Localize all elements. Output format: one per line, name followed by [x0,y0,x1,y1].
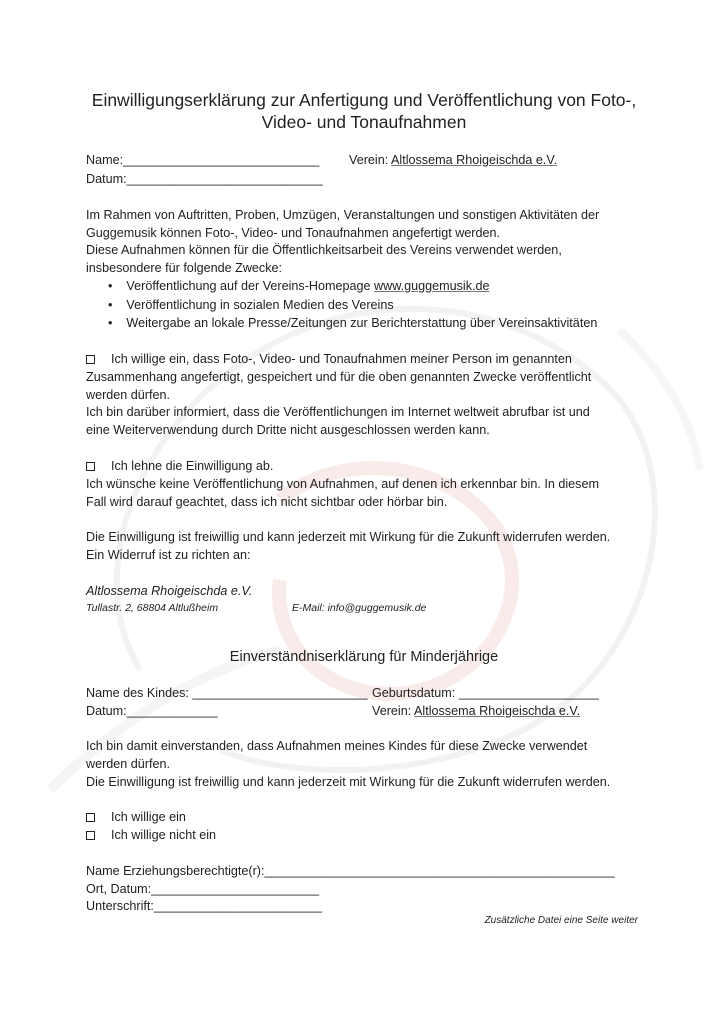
minor-consent-checkbox[interactable] [86,813,95,822]
name-field-row: Name:____________________________ [86,151,319,169]
consent-text: Zusammenhang angefertigt, gespeichert un… [86,368,591,386]
child-name-row: Name des Kindes: _______________________… [86,684,368,702]
intro-line: Diese Aufnahmen können für die Öffentlic… [86,241,562,259]
signature-field[interactable]: ________________________ [154,899,322,913]
ort-datum-label: Ort, Datum: [86,882,151,896]
minor-consent-text: Die Einwilligung ist freiwillig und kann… [86,773,610,791]
purpose-item: •Veröffentlichung auf der Vereins-Homepa… [108,277,490,295]
name-field[interactable]: ____________________________ [123,153,319,167]
decline-text: Ich wünsche keine Veröffentlichung von A… [86,475,599,493]
child-name-label: Name des Kindes: [86,686,192,700]
minor-datum-row: Datum:_____________ [86,702,218,720]
ort-datum-row: Ort, Datum:________________________ [86,880,319,898]
address-street: Tullastr. 2, 68804 Altlußheim [86,599,218,617]
minor-datum-label: Datum: [86,704,127,718]
minor-consent-text: werden dürfen. [86,755,170,773]
verein-value: Altlossema Rhoigeischda e.V. [391,153,557,167]
datum-field[interactable]: ____________________________ [127,172,323,186]
guardian-field[interactable]: ________________________________________… [265,864,615,878]
bullet-icon: • [108,298,112,312]
purpose-item: •Veröffentlichung in sozialen Medien des… [108,296,394,314]
guardian-label: Name Erziehungsberechtigte(r): [86,864,265,878]
consent-text: eine Weiterverwendung durch Dritte nicht… [86,421,490,439]
datum-field-row: Datum:____________________________ [86,170,323,188]
minor-decline-option: Ich willige nicht ein [86,826,216,844]
footer-note: Zusätzliche Datei eine Seite weiter [485,915,638,926]
decline-text: Fall wird darauf geachtet, dass ich nich… [86,493,447,511]
signature-row: Unterschrift:________________________ [86,897,322,915]
minor-consent-text: Ich bin damit einverstanden, dass Aufnah… [86,737,587,755]
minor-verein-value: Altlossema Rhoigeischda e.V. [414,704,580,718]
decline-option: Ich lehne die Einwilligung ab. [86,457,273,475]
ort-datum-field[interactable]: ________________________ [151,882,319,896]
minor-datum-field[interactable]: _____________ [127,704,218,718]
address-org: Altlossema Rhoigeischda e.V. [86,582,252,600]
intro-line: Guggemusik können Foto-, Video- und Tona… [86,224,500,242]
verein-label: Verein: [349,153,391,167]
consent-text: Ich bin darüber informiert, dass die Ver… [86,403,590,421]
revocation-text: Ein Widerruf ist zu richten an: [86,546,250,564]
consent-checkbox[interactable] [86,355,95,364]
minor-consent-option: Ich willige ein [86,808,186,826]
minor-verein-row: Verein: Altlossema Rhoigeischda e.V. [372,702,580,720]
minor-verein-label: Verein: [372,704,414,718]
datum-label: Datum: [86,172,127,186]
intro-line: insbesondere für folgende Zwecke: [86,259,282,277]
purpose-item: •Weitergabe an lokale Presse/Zeitungen z… [108,314,597,332]
name-label: Name: [86,153,123,167]
birthdate-row: Geburtsdatum: ____________________ [372,684,599,702]
form-title: Einwilligungserklärung zur Anfertigung u… [86,89,642,133]
birthdate-label: Geburtsdatum: [372,686,459,700]
birthdate-field[interactable]: ____________________ [459,686,599,700]
revocation-text: Die Einwilligung ist freiwillig und kann… [86,528,610,546]
intro-line: Im Rahmen von Auftritten, Proben, Umzüge… [86,206,599,224]
decline-checkbox[interactable] [86,462,95,471]
address-email: E-Mail: info@guggemusik.de [292,599,426,617]
child-name-field[interactable]: _________________________ [192,686,367,700]
bullet-icon: • [108,279,112,293]
consent-option: Ich willige ein, dass Foto-, Video- und … [86,350,572,368]
consent-text: werden dürfen. [86,386,170,404]
guardian-row: Name Erziehungsberechtigte(r):__________… [86,862,615,880]
signature-label: Unterschrift: [86,899,154,913]
minor-decline-checkbox[interactable] [86,831,95,840]
minors-title: Einverständniserklärung für Minderjährig… [86,649,642,665]
bullet-icon: • [108,316,112,330]
verein-row: Verein: Altlossema Rhoigeischda e.V. [349,151,557,169]
homepage-link[interactable]: www.guggemusik.de [374,279,490,293]
